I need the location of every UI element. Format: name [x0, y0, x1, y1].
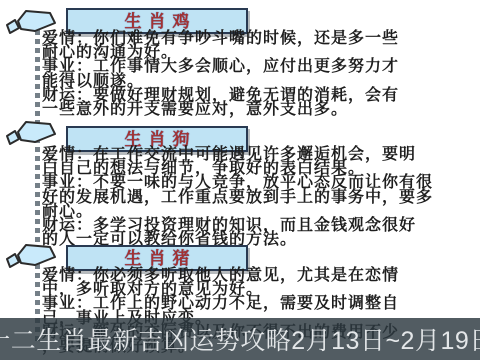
section-body: 爱情：你们难免有争吵斗嘴的时候，还是多一些 耐心的沟通为好。 事业：工作事情大多…: [42, 32, 470, 117]
banner-title: 十二生肖最新吉凶运势攻略2月13日~2月19日: [0, 321, 480, 357]
section-dog: 生肖狗 爱情：在工作交流中可能遇见许多邂逅机会，要明 白自己的想法与细节，争取好…: [0, 119, 480, 245]
section-title-text: 生肖狗: [118, 131, 197, 148]
page: 生肖鸡 爱情：你们难免有争吵斗嘴的时候，还是多一些 耐心的沟通为好。 事业：工作…: [0, 0, 480, 360]
section-title-text: 生肖猪: [118, 250, 197, 267]
section-title-text: 生肖鸡: [118, 13, 197, 30]
body-line: 一些意外的开支需要应对，意外支出多。: [42, 103, 470, 117]
body-line: 好的发展机遇，工作重点要放到手上的事务中，要多: [42, 191, 470, 205]
bottom-banner: 十二生肖最新吉凶运势攻略2月13日~2月19日: [0, 318, 480, 360]
section-rooster: 生肖鸡 爱情：你们难免有争吵斗嘴的时候，还是多一些 耐心的沟通为好。 事业：工作…: [0, 8, 480, 120]
section-body: 爱情：在工作交流中可能遇见许多邂逅机会，要明 白自己的想法与细节，争取好的表白结…: [42, 148, 470, 247]
